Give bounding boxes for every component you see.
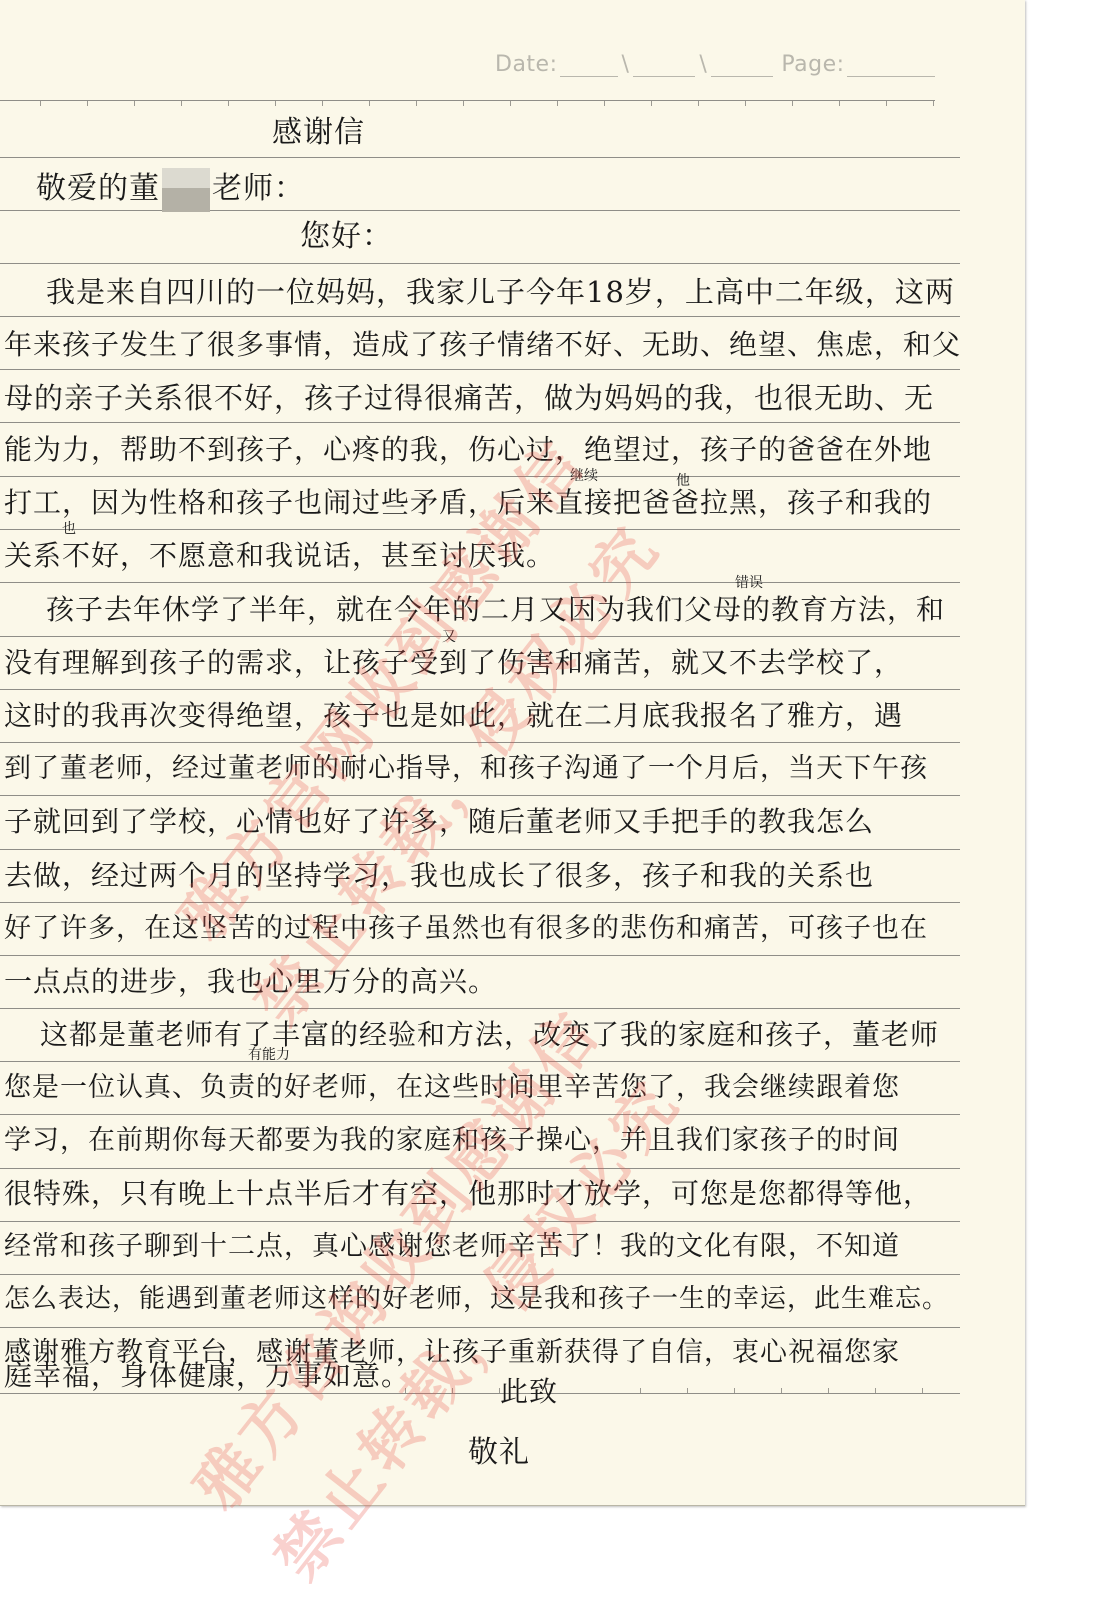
redacted-name (162, 168, 210, 212)
body-line: 我是来自四川的一位妈妈，我家儿子今年18岁，上高中二年级，这两 (46, 278, 955, 307)
ruled-line (0, 1221, 960, 1222)
greeting: 您好： (300, 222, 393, 252)
body-line: 子就回到了学校，心情也好了许多，随后董老师又手把手的教我怎么 (4, 808, 874, 836)
ruled-line (0, 1114, 960, 1115)
date-blank-year (711, 58, 773, 77)
date-separator: \ (622, 52, 630, 77)
salutation-prefix: 敬爱的董 (36, 171, 160, 206)
ruled-line (0, 1008, 960, 1009)
correction-annotation: 他 (676, 470, 690, 490)
date-label: Date: (495, 52, 558, 77)
ruled-line (0, 849, 960, 850)
date-separator: \ (699, 52, 707, 77)
ruler-ticks (0, 101, 960, 107)
body-line: 这都是董老师有了丰富的经验和方法，改变了我的家庭和孩子，董老师 (40, 1021, 939, 1049)
body-line: 没有理解到孩子的需求，让孩子受到了伤害和痛苦，就又不去学校了， (4, 649, 903, 677)
body-line: 年来孩子发生了很多事情，造成了孩子情绪不好、无助、绝望、焦虑，和父 (4, 331, 961, 359)
ruled-line (0, 529, 960, 530)
salutation-suffix: 老师： (212, 171, 305, 206)
ruled-line (0, 1168, 960, 1169)
page-label: Page: (781, 52, 844, 77)
correction-annotation: 有能力 (248, 1044, 290, 1064)
ruled-line (0, 955, 960, 956)
body-line: 打工，因为性格和孩子也闹过些矛盾，后来直接把爸爸拉黑，孩子和我的 (4, 489, 932, 517)
ruled-line (0, 582, 960, 583)
ruled-line (0, 422, 960, 423)
body-line: 您是一位认真、负责的好老师，在这些时间里辛苦您了，我会继续跟着您 (4, 1074, 900, 1101)
ruled-line (0, 1327, 960, 1328)
body-line: 庭幸福，身体健康，万事如意。 (4, 1362, 410, 1390)
correction-annotation: 错误 (735, 572, 763, 592)
ruled-line (0, 636, 960, 637)
ruled-line (0, 316, 960, 317)
ruled-line (0, 476, 960, 477)
date-blank-day (560, 58, 618, 77)
salutation: 敬爱的董老师： (36, 168, 305, 212)
body-line: 孩子去年休学了半年，就在今年的二月又因为我们父母的教育方法，和 (46, 596, 945, 624)
body-line: 经常和孩子聊到十二点，真心感谢您老师辛苦了！我的文化有限，不知道 (4, 1233, 900, 1260)
body-line: 这时的我再次变得绝望，孩子也是如此，就在二月底我报名了雅方，遇 (4, 702, 903, 730)
closing: 此致 (500, 1378, 558, 1406)
body-line: 能为力，帮助不到孩子，心疼的我，伤心过，绝望过，孩子的爸爸在外地 (4, 436, 932, 464)
letter-title: 感谢信 (272, 118, 365, 148)
ruled-line (0, 689, 960, 690)
ruled-line (0, 742, 960, 743)
ruled-line (0, 157, 960, 158)
correction-annotation: 又 (442, 626, 456, 646)
body-line: 怎么表达，能遇到董老师这样的好老师，这是我和孩子一生的幸运，此生难忘。 (4, 1286, 949, 1312)
ruled-line (0, 369, 960, 370)
page-blank (847, 58, 935, 77)
ruled-line (0, 795, 960, 796)
body-line: 母的亲子关系很不好，孩子过得很痛苦，做为妈妈的我，也很无助、无 (4, 384, 934, 413)
body-line: 很特殊，只有晚上十点半后才有空，他那时才放学，可您是您都得等他， (4, 1180, 932, 1208)
ruled-line (0, 1274, 960, 1275)
letter-paper: Date: \ \ Page: 感谢信 敬爱的董老师： 您好： (0, 0, 1025, 1506)
ruled-line (0, 263, 960, 264)
body-line: 一点点的进步，我也心里万分的高兴。 (4, 968, 497, 996)
body-line: 到了董老师，经过董老师的耐心指导，和孩子沟通了一个月后，当天下午孩 (4, 755, 928, 782)
body-line: 关系不好，不愿意和我说话，甚至讨厌我。 (4, 542, 555, 570)
correction-annotation: 继续 (570, 465, 598, 485)
correction-annotation: 也 (62, 518, 76, 538)
date-blank-month (633, 58, 695, 77)
body-line: 去做，经过两个月的坚持学习，我也成长了很多，孩子和我的关系也 (4, 862, 874, 890)
body-line: 学习，在前期你每天都要为我的家庭和孩子操心，并且我们家孩子的时间 (4, 1127, 900, 1154)
ruled-line (0, 1061, 960, 1062)
body-line: 好了许多，在这坚苦的过程中孩子虽然也有很多的悲伤和痛苦，可孩子也在 (4, 915, 928, 942)
date-page-header: Date: \ \ Page: (495, 52, 937, 77)
ruled-line (0, 902, 960, 903)
signoff: 敬礼 (468, 1438, 530, 1468)
